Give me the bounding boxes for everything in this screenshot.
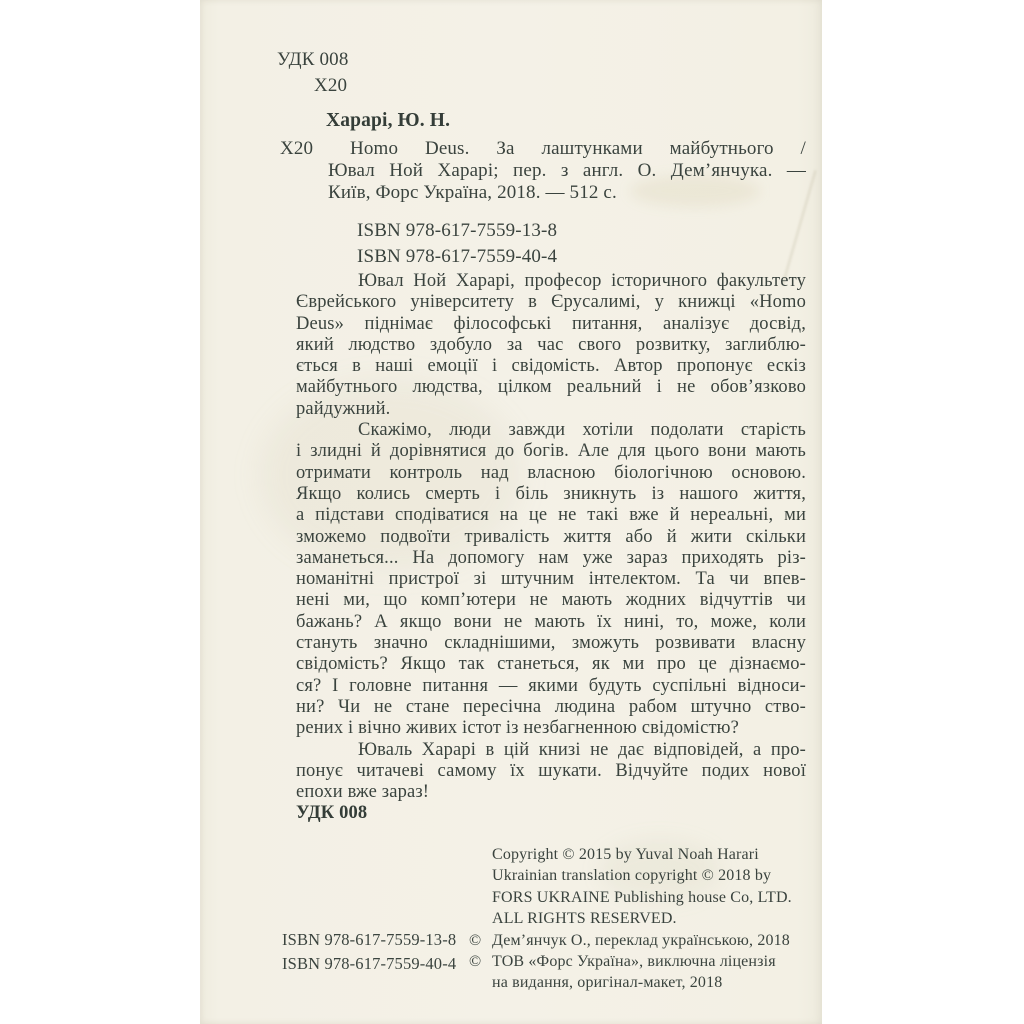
annotation-line: Якщо колись смерть і біль зникнуть із на…	[296, 484, 806, 505]
isbn-bottom-block: ISBN 978-617-7559-13-8 ISBN 978-617-7559…	[282, 928, 456, 975]
copyright-line-text: ALL RIGHTS RESERVED.	[492, 910, 677, 927]
annotation-line: отримати контроль над власною біологічно…	[296, 463, 806, 484]
annotation-line: ється в наші емоції і свідомість. Автор …	[296, 356, 806, 377]
annotation-line: і злидні й дорівнятися до богів. Але для…	[296, 441, 806, 462]
copyright-line: FORS UKRAINE Publishing house Co, LTD.	[492, 887, 792, 908]
author-heading: Харарі, Ю. Н.	[326, 110, 450, 132]
copyright-symbol: ©	[469, 951, 481, 972]
annotation-line: райдужний.	[296, 399, 806, 420]
copyright-line: Ukrainian translation copyright © 2018 b…	[492, 865, 792, 886]
annotation-line: епохи вже зараз!	[296, 782, 806, 803]
annotation-line: зможемо подвоїти тривалість життя або й …	[296, 527, 806, 548]
annotation-line: нені ми, що комп’ютери не мають жодних в…	[296, 590, 806, 611]
annotation-line: ся? І головне питання — якими будуть сус…	[296, 676, 806, 697]
annotation-line: стануть значно складнішими, зможуть розв…	[296, 633, 806, 654]
citation-line: Homo Deus. За лаштунками майбутнього /	[328, 138, 806, 160]
annotation-line: Скажімо, люди завжди хотіли подолати ста…	[296, 420, 806, 441]
copyright-line-text: на видання, оригінал-макет, 2018	[492, 974, 722, 991]
copyright-symbol: ©	[469, 930, 481, 951]
annotation-line: понує читачеві самому їх шукати. Відчуйт…	[296, 761, 806, 782]
annotation-line: майбутнього людства, цілком реальний і н…	[296, 377, 806, 398]
annotation-line: який людство здобуло за час свого розвит…	[296, 335, 806, 356]
annotation-line: номанітні пристрої зі штучним інтелектом…	[296, 569, 806, 590]
copyright-line-text: FORS UKRAINE Publishing house Co, LTD.	[492, 889, 792, 906]
annotation-line: Юваль Харарі в цій книзі не дає відповід…	[296, 740, 806, 761]
annotation-line: ни? Чи не стане пересічна людина рабом ш…	[296, 697, 806, 718]
udk-footer-label: УДК 008	[296, 803, 806, 824]
copyright-line-text: Дем’янчук О., переклад українською, 2018	[492, 932, 790, 949]
annotation-line: Deus» піднімає філософські питання, анал…	[296, 314, 806, 335]
citation-line: Ювал Ной Харарі; пер. з англ. О. Дем’янч…	[328, 160, 806, 182]
isbn-line: ISBN 978-617-7559-13-8	[282, 928, 456, 952]
annotation-text: Ювал Ной Харарі, професор історичного фа…	[296, 271, 806, 825]
copyright-line: ALL RIGHTS RESERVED.	[492, 908, 792, 929]
scan-page: УДК 008 Х20 Харарі, Ю. Н. Х20 Homo Deus.…	[200, 0, 822, 1024]
copyright-line-text: ТОВ «Форс Україна», виключна ліцензія	[492, 953, 776, 970]
annotation-line: рених і вічно живих істот із незбагненно…	[296, 718, 806, 739]
copyright-block: Copyright © 2015 by Yuval Noah Harari Uk…	[492, 844, 792, 994]
isbn-line: ISBN 978-617-7559-13-8	[357, 218, 557, 244]
annotation-line: Ювал Ной Харарі, професор історичного фа…	[296, 271, 806, 292]
copyright-line-text: Copyright © 2015 by Yuval Noah Harari	[492, 846, 759, 863]
udk-top-label: УДК 008	[277, 49, 348, 71]
annotation-line: свідомість? Якщо так станеться, як ми пр…	[296, 654, 806, 675]
copyright-line: ©Дем’янчук О., переклад українською, 201…	[492, 930, 792, 951]
citation-code-label: Х20	[280, 138, 313, 160]
annotation-line: бажань? А якщо вони не мають їх нині, то…	[296, 612, 806, 633]
annotation-line: а підстави сподіватися на це не такі вже…	[296, 505, 806, 526]
classification-code-label: Х20	[314, 75, 347, 97]
copyright-line: Copyright © 2015 by Yuval Noah Harari	[492, 844, 792, 865]
annotation-line: Єврейського університету в Єрусалимі, у …	[296, 292, 806, 313]
isbn-line: ISBN 978-617-7559-40-4	[357, 244, 557, 270]
bibliographic-citation: Homo Deus. За лаштунками майбутнього / Ю…	[328, 138, 806, 204]
isbn-line: ISBN 978-617-7559-40-4	[282, 952, 456, 976]
isbn-top-block: ISBN 978-617-7559-13-8 ISBN 978-617-7559…	[357, 218, 557, 269]
copyright-line: на видання, оригінал-макет, 2018	[492, 972, 792, 993]
copyright-line: ©ТОВ «Форс Україна», виключна ліцензія	[492, 951, 792, 972]
annotation-line: заманеться... На допомогу нам уже зараз …	[296, 548, 806, 569]
copyright-line-text: Ukrainian translation copyright © 2018 b…	[492, 867, 771, 884]
citation-line: Київ, Форс Україна, 2018. — 512 с.	[328, 182, 806, 204]
